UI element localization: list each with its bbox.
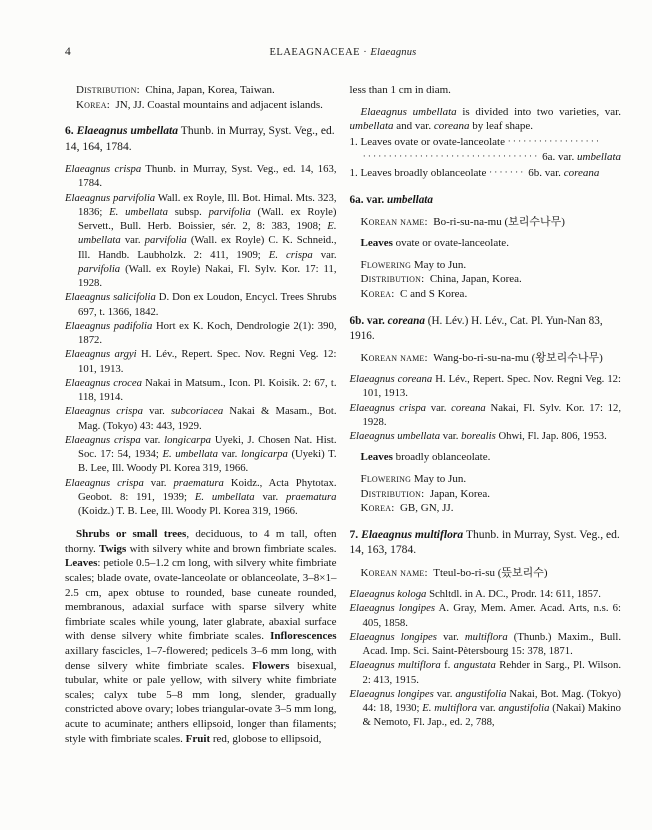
text-run: longicarpa — [241, 448, 288, 460]
text-run: var. — [477, 702, 498, 714]
text-run: 6b. var. — [525, 167, 563, 179]
text-run: Schltdl. in A. DC., Prodr. 14: 611, 1857… — [426, 588, 600, 600]
text-run: var. — [143, 405, 171, 417]
distribution-line: Distribution: China, Japan, Korea. — [350, 272, 622, 287]
book-page: 4 ELAEAGNACEAE · Elaeagnus Distribution:… — [0, 0, 652, 830]
text-run: parvifolia — [145, 234, 187, 246]
text-run: praematura — [286, 491, 336, 503]
running-head: ELAEAGNACEAE · Elaeagnus — [107, 47, 579, 58]
text-run: ovate or ovate-lanceolate. — [393, 237, 509, 249]
text-run: is divided into two varieties, var. — [457, 106, 621, 118]
synonym: Elaeagnus crispa var. praematura Koidz.,… — [65, 476, 337, 519]
text-run: Elaeagnus crispa — [65, 405, 143, 417]
synonym: Elaeagnus crispa Thunb. in Murray, Syst.… — [65, 162, 337, 191]
text-run: Japan, Korea. — [424, 488, 490, 500]
text-run: multiflora — [465, 631, 508, 643]
text-run: var. — [141, 434, 164, 446]
text-run: var. — [437, 631, 465, 643]
text-run: Elaeagnus multiflora — [350, 659, 441, 671]
text-run: var. — [218, 448, 241, 460]
key-lead-1b: 1. Leaves broadly oblanceolate ······· 6… — [350, 165, 622, 181]
text-run: China, Japan, Korea. — [424, 273, 521, 285]
text-run: May to Jun. — [411, 259, 466, 271]
text-run: red, globose to ellipsoid, — [210, 733, 321, 745]
text-run: Flowering — [361, 259, 412, 271]
text-run: 7. — [350, 528, 362, 541]
text-run: 1. Leaves ovate or ovate-lanceolate — [350, 136, 508, 148]
page-header: 4 ELAEAGNACEAE · Elaeagnus — [65, 46, 621, 58]
text-run: Elaeagnus multiflora — [361, 528, 463, 541]
synonym: Elaeagnus crispa var. subcoriacea Nakai … — [65, 404, 337, 433]
text-run: var. — [144, 477, 174, 489]
text-run: Distribution: — [361, 273, 425, 285]
text-run: E. umbellata — [109, 206, 168, 218]
synonym: Elaeagnus crispa var. coreana Nakai, Fl.… — [350, 401, 622, 430]
text-run: Elaeagnus umbellata — [361, 106, 457, 118]
text-run: praematura — [173, 477, 223, 489]
text-run: subsp. — [168, 206, 209, 218]
text-run: var. — [440, 430, 461, 442]
text-run: var. — [426, 402, 451, 414]
text-run: Bo-ri-su-na-mu (보리수나무) — [428, 216, 565, 228]
text-run: China, Japan, Korea, Taiwan. — [140, 84, 275, 96]
text-run: var. — [255, 491, 286, 503]
text-run: f. — [441, 659, 454, 671]
text-run: Elaeagnus crocea — [65, 377, 142, 389]
text-run: less than 1 cm in diam. — [350, 84, 451, 96]
text-run: parvifolia — [78, 263, 120, 275]
synonym: Elaeagnus crispa var. longicarpa Uyeki, … — [65, 433, 337, 476]
text-run: E. umbellata — [162, 448, 218, 460]
text-run: E. umbellata — [195, 491, 255, 503]
text-run: Twigs — [99, 543, 126, 555]
species-7-heading: 7. Elaeagnus multiflora Thunb. in Murray… — [350, 527, 622, 558]
text-run: Elaeagnus longipes — [350, 631, 437, 643]
right-column: less than 1 cm in diam.Elaeagnus umbella… — [350, 83, 622, 746]
text-run: with silvery white and brown fimbriate s… — [126, 543, 336, 555]
text-run: coreana — [388, 315, 425, 327]
text-run: Elaeagnus padifolia — [65, 320, 152, 332]
text-run: Shrubs or small trees — [76, 528, 186, 540]
text-run: Tteul-bo-ri-su (뜼보리수) — [428, 567, 548, 579]
description-continuation: less than 1 cm in diam. — [350, 83, 622, 98]
distribution-line: Distribution: China, Japan, Korea, Taiwa… — [65, 83, 337, 98]
varieties-note: Elaeagnus umbellata is divided into two … — [350, 105, 622, 134]
text-run: Ohwi, Fl. Jap. 806, 1953. — [496, 430, 607, 442]
text-run: Elaeagnus crispa — [350, 402, 427, 414]
text-run: Korean name: — [361, 567, 428, 579]
synonym: Elaeagnus kologa Schltdl. in A. DC., Pro… — [350, 587, 622, 601]
dot-leader: ······· — [489, 167, 525, 177]
text-run: Korean name: — [361, 216, 428, 228]
text-run: Wang-bo-ri-su-na-mu (왕보리수나무) — [428, 352, 603, 364]
key-lead-1a: 1. Leaves ovate or ovate-lanceolate ····… — [350, 134, 622, 150]
text-run: var. — [434, 688, 456, 700]
text-run: umbellata — [350, 120, 394, 132]
key-lead-1a-result: ·································· 6a. v… — [350, 149, 622, 165]
text-run: 6b. var. — [350, 315, 388, 327]
text-run: Elaeagnus coreana — [350, 373, 433, 385]
text-run: var. — [121, 234, 145, 246]
synonym: Elaeagnus padifolia Hort ex K. Koch, Den… — [65, 319, 337, 348]
variety-6b-heading: 6b. var. coreana (H. Lév.) H. Lév., Cat.… — [350, 314, 622, 344]
text-run: and var. — [394, 120, 434, 132]
synonym: Elaeagnus coreana H. Lév., Repert. Spec.… — [350, 372, 622, 401]
text-run: borealis — [461, 430, 496, 442]
text-run: Flowering — [361, 473, 412, 485]
korean-name-line: Korean name: Tteul-bo-ri-su (뜼보리수) — [350, 566, 622, 581]
text-run: Korea: — [361, 502, 395, 514]
text-run: Elaeagnus umbellata — [350, 430, 441, 442]
korea-line: Korea: C and S Korea. — [350, 287, 622, 302]
korea-line: Korea: GB, GN, JJ. — [350, 501, 622, 516]
text-run: Elaeagnus crispa — [65, 477, 144, 489]
text-run: E. multiflora — [422, 702, 477, 714]
text-run: Elaeagnus parvifolia — [65, 192, 155, 204]
synonym: Elaeagnus crocea Nakai in Matsum., Icon.… — [65, 376, 337, 405]
text-run: Leaves — [361, 237, 393, 249]
text-run: coreana — [434, 120, 470, 132]
text-run: umbellata — [387, 194, 433, 206]
korean-name-line: Korean name: Wang-bo-ri-su-na-mu (왕보리수나무… — [350, 351, 622, 366]
text-run: angustifolia — [498, 702, 549, 714]
text-run: Elaeagnus kologa — [350, 588, 427, 600]
running-head-separator: · — [360, 47, 370, 58]
text-run: Elaeagnus crispa — [65, 434, 141, 446]
text-run: Leaves — [65, 557, 97, 569]
flowering-line: Flowering May to Jun. — [350, 258, 622, 273]
korea-line: Korea: JN, JJ. Coastal mountains and adj… — [65, 98, 337, 113]
text-run: 6a. var. — [350, 194, 388, 206]
text-run: Elaeagnus salicifolia — [65, 291, 156, 303]
text-run: Korean name: — [361, 352, 428, 364]
text-run: longicarpa — [164, 434, 211, 446]
text-run: 6a. var. — [539, 151, 577, 163]
text-run: angustifolia — [455, 688, 506, 700]
leaves-line: Leaves broadly oblanceolate. — [350, 450, 622, 465]
text-run: (Koidz.) T. B. Lee, Ill. Woody Pl. Korea… — [78, 505, 298, 517]
running-head-genus: Elaeagnus — [370, 47, 416, 58]
text-run: broadly oblanceolate. — [393, 451, 490, 463]
text-run: Elaeagnus crispa — [65, 163, 141, 175]
page-number: 4 — [65, 46, 107, 58]
text-run: C and S Korea. — [394, 288, 467, 300]
synonym: Elaeagnus longipes var. angustifolia Nak… — [350, 687, 622, 730]
text-run: Korea: — [76, 99, 110, 111]
text-run: JN, JJ. Coastal mountains and adjacent i… — [110, 99, 323, 111]
synonym: Elaeagnus multiflora f. angustata Rehder… — [350, 658, 622, 687]
variety-6a-heading: 6a. var. umbellata — [350, 193, 622, 208]
synonym: Elaeagnus longipes A. Gray, Mem. Amer. A… — [350, 601, 622, 630]
leaves-line: Leaves ovate or ovate-lanceolate. — [350, 236, 622, 251]
text-run: coreana — [451, 402, 486, 414]
text-run: Elaeagnus longipes — [350, 688, 434, 700]
text-run: Flowers — [252, 660, 289, 672]
species-description: Shrubs or small trees, deciduous, to 4 m… — [65, 527, 337, 746]
species-6-heading: 6. Elaeagnus umbellata Thunb. in Murray,… — [65, 123, 337, 154]
synonym: Elaeagnus longipes var. multiflora (Thun… — [350, 630, 622, 659]
text-run: Distribution: — [76, 84, 140, 96]
text-run: May to Jun. — [411, 473, 466, 485]
text-run: umbellata — [577, 151, 621, 163]
synonym: Elaeagnus salicifolia D. Don ex Loudon, … — [65, 290, 337, 319]
text-run: by leaf shape. — [469, 120, 533, 132]
text-run: Elaeagnus argyi — [65, 348, 137, 360]
synonym: Elaeagnus parvifolia Wall. ex Royle, Ill… — [65, 191, 337, 291]
text-run: Distribution: — [361, 488, 425, 500]
dot-leader: ·················· — [508, 136, 602, 146]
text-run: Fruit — [186, 733, 210, 745]
text-run: Korea: — [361, 288, 395, 300]
text-run: 6. — [65, 124, 77, 137]
text-run: Elaeagnus umbellata — [77, 124, 178, 137]
text-run: Elaeagnus longipes — [350, 602, 436, 614]
synonym: Elaeagnus argyi H. Lév., Repert. Spec. N… — [65, 347, 337, 376]
text-run: coreana — [564, 167, 600, 179]
korean-name-line: Korean name: Bo-ri-su-na-mu (보리수나무) — [350, 215, 622, 230]
text-run: angustata — [454, 659, 496, 671]
text-run: Leaves — [361, 451, 393, 463]
synonym: Elaeagnus umbellata var. borealis Ohwi, … — [350, 429, 622, 443]
dot-leader: ·································· — [363, 151, 540, 161]
flowering-line: Flowering May to Jun. — [350, 472, 622, 487]
text-run: parvifolia — [209, 206, 251, 218]
text-run: E. crispa — [269, 249, 313, 261]
distribution-line: Distribution: Japan, Korea. — [350, 487, 622, 502]
running-head-family: ELAEAGNACEAE — [270, 47, 361, 58]
left-column: Distribution: China, Japan, Korea, Taiwa… — [65, 83, 337, 746]
text-run: subcoriacea — [171, 405, 223, 417]
text-run: Inflorescences — [270, 630, 336, 642]
text-run: GB, GN, JJ. — [394, 502, 453, 514]
two-column-text: Distribution: China, Japan, Korea, Taiwa… — [65, 83, 621, 746]
text-run: 1. Leaves broadly oblanceolate — [350, 167, 490, 179]
text-run: var. — [313, 249, 337, 261]
